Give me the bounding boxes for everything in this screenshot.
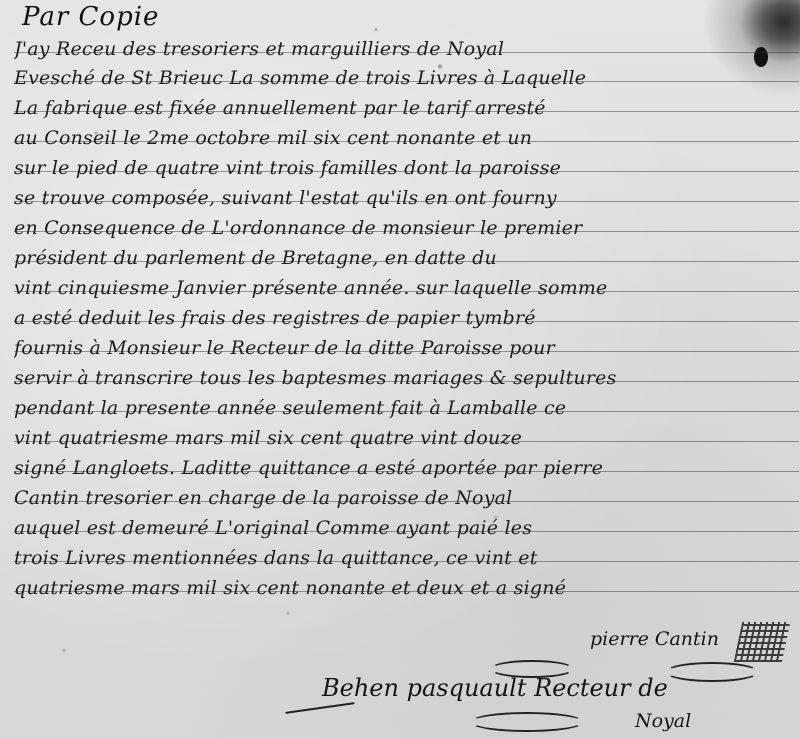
text-line-19: quatriesme mars mil six cent nonante et …	[14, 577, 799, 599]
signature-paraph-lower	[470, 712, 584, 732]
text-line-14: vint quatriesme mars mil six cent quatre…	[14, 427, 799, 449]
text-line-2: Evesché de St Brieuc La somme de trois L…	[14, 67, 799, 89]
text-line-18: trois Livres mentionnées dans la quittan…	[14, 547, 799, 569]
signature-noyal: Noyal	[635, 710, 691, 732]
text-line-10: a esté deduit les frais des registres de…	[14, 307, 799, 329]
text-line-4: au Conseil le 2me octobre mil six cent n…	[14, 127, 799, 149]
text-line-1: J'ay Receu des tresoriers et marguillier…	[14, 38, 799, 60]
text-line-8: président du parlement de Bretagne, en d…	[14, 247, 799, 269]
text-line-11: fournis à Monsieur le Recteur de la ditt…	[14, 337, 799, 359]
text-line-13: pendant la presente année seulement fait…	[14, 397, 799, 419]
text-line-6: se trouve composée, suivant l'estat qu'i…	[14, 187, 799, 209]
text-line-3: La fabrique est fixée annuellement par l…	[14, 97, 799, 119]
text-line-12: servir à transcrire tous les baptesmes m…	[14, 367, 799, 389]
document-heading: Par Copie	[22, 2, 159, 32]
text-line-16: Cantin tresorier en charge de la paroiss…	[14, 487, 799, 509]
notarial-mark-grid	[734, 622, 791, 662]
signature-flourish	[285, 702, 355, 714]
text-line-15: signé Langloets. Laditte quittance a est…	[14, 457, 799, 479]
signature-pierre-cantin: pierre Cantin	[590, 628, 719, 650]
text-line-7: en Consequence de L'ordonnance de monsie…	[14, 217, 799, 239]
text-line-9: vint cinquiesme Janvier présente année. …	[14, 277, 799, 299]
signature-behen-recteur: Behen pasquault Recteur de	[322, 674, 668, 702]
manuscript-page: Par Copie J'ay Receu des tresoriers et m…	[0, 0, 800, 739]
text-line-17: auquel est demeuré L'original Comme ayan…	[14, 517, 799, 539]
text-line-5: sur le pied de quatre vint trois famille…	[14, 157, 799, 179]
signature-paraph-right	[665, 662, 759, 682]
